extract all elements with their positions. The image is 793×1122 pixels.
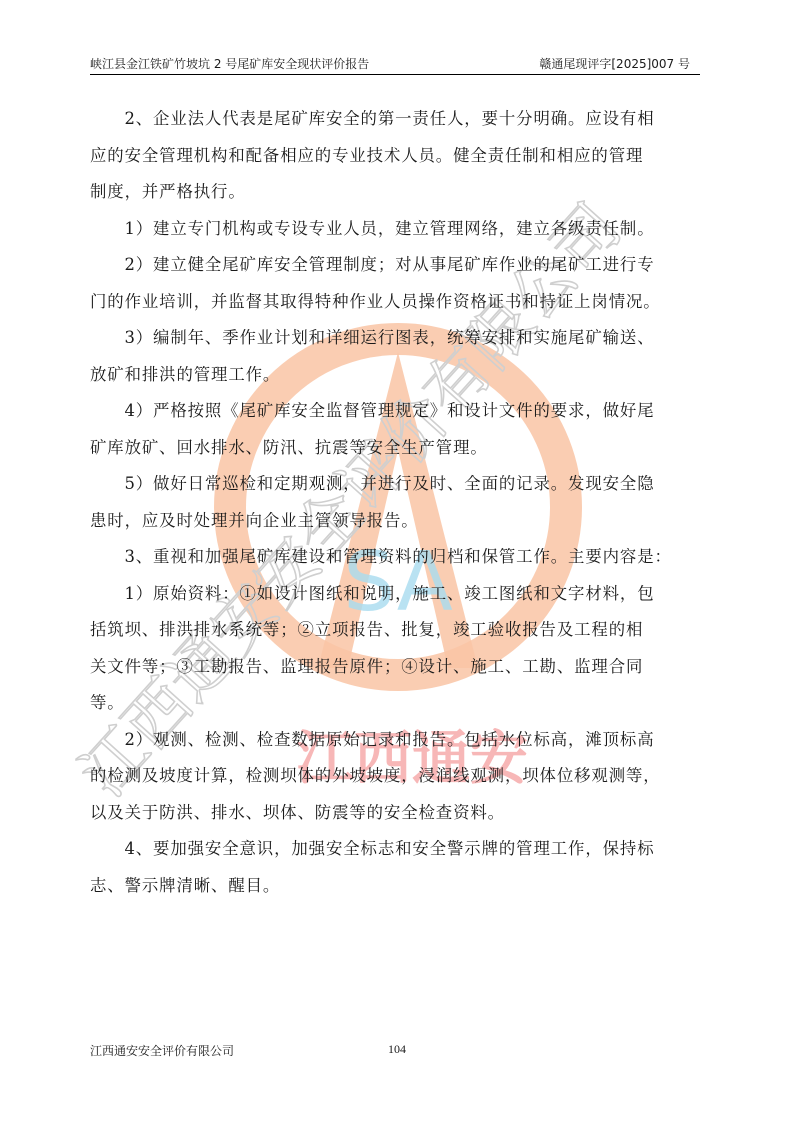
text-line: 以及关于防洪、排水、坝体、防震等的安全检查资料。 <box>90 795 700 832</box>
text-line: 1）原始资料：①如设计图纸和说明，施工、竣工图纸和文字材料，包 <box>90 576 700 613</box>
text-line: 患时，应及时处理并向企业主管领导报告。 <box>90 503 700 540</box>
paragraph-item-2: 2）建立健全尾矿库安全管理制度；对从事尾矿库作业的尾矿工进行专 门的作业培训，并… <box>90 247 700 320</box>
paragraph-item-1: 1）建立专门机构或专设专业人员，建立管理网络，建立各级责任制。 <box>90 211 700 248</box>
report-title: 峡江县金江铁矿竹坡坑 2 号尾矿库安全现状评价报告 <box>90 56 369 72</box>
paragraph-item-4: 4）严格按照《尾矿库安全监督管理规定》和设计文件的要求，做好尾 矿库放矿、回水排… <box>90 393 700 466</box>
text-line: 矿库放矿、回水排水、防汛、抗震等安全生产管理。 <box>90 430 700 467</box>
paragraph-observation-data: 2）观测、检测、检查数据原始记录和报告。包括水位标高，滩顶标高 的检测及坡度计算… <box>90 722 700 832</box>
footer-company: 江西通安安全评价有限公司 <box>90 1042 234 1059</box>
text-line: 1）建立专门机构或专设专业人员，建立管理网络，建立各级责任制。 <box>90 211 700 248</box>
page-header: 峡江县金江铁矿竹坡坑 2 号尾矿库安全现状评价报告 赣通尾现评字[2025]00… <box>90 56 700 75</box>
text-line: 4、要加强安全意识，加强安全标志和安全警示牌的管理工作，保持标 <box>90 831 700 868</box>
text-line: 放矿和排洪的管理工作。 <box>90 357 700 394</box>
paragraph-records: 3、重视和加强尾矿库建设和管理资料的归档和保管工作。主要内容是： <box>90 539 700 576</box>
text-line: 括筑坝、排洪排水系统等；②立项报告、批复，竣工验收报告及工程的相 <box>90 612 700 649</box>
text-line: 3、重视和加强尾矿库建设和管理资料的归档和保管工作。主要内容是： <box>90 539 700 576</box>
text-line: 2）观测、检测、检查数据原始记录和报告。包括水位标高，滩顶标高 <box>90 722 700 759</box>
paragraph-safety-signs: 4、要加强安全意识，加强安全标志和安全警示牌的管理工作，保持标 志、警示牌清晰、… <box>90 831 700 904</box>
paragraph-item-5: 5）做好日常巡检和定期观测，并进行及时、全面的记录。发现安全隐 患时，应及时处理… <box>90 466 700 539</box>
text-line: 等。 <box>90 685 700 722</box>
text-line: 3）编制年、季作业计划和详细运行图表，统筹安排和实施尾矿输送、 <box>90 320 700 357</box>
text-line: 4）严格按照《尾矿库安全监督管理规定》和设计文件的要求，做好尾 <box>90 393 700 430</box>
text-line: 志、警示牌清晰、醒目。 <box>90 868 700 905</box>
text-line: 应的安全管理机构和配备相应的专业技术人员。健全责任制和相应的管理 <box>90 138 700 175</box>
text-line: 的检测及坡度计算，检测坝体的外坡坡度，浸润线观测，坝体位移观测等， <box>90 758 700 795</box>
page-number: 104 <box>388 1042 406 1057</box>
text-line: 2、企业法人代表是尾矿库安全的第一责任人，要十分明确。应设有相 <box>90 101 700 138</box>
document-number: 赣通尾现评字[2025]007 号 <box>539 56 690 72</box>
text-line: 门的作业培训，并监督其取得特种作业人员操作资格证书和持证上岗情况。 <box>90 284 700 321</box>
text-line: 制度，并严格执行。 <box>90 174 700 211</box>
text-line: 关文件等；③工勘报告、监理报告原件；④设计、施工、工勘、监理合同 <box>90 649 700 686</box>
paragraph-item-3: 3）编制年、季作业计划和详细运行图表，统筹安排和实施尾矿输送、 放矿和排洪的管理… <box>90 320 700 393</box>
text-line: 5）做好日常巡检和定期观测，并进行及时、全面的记录。发现安全隐 <box>90 466 700 503</box>
document-body: 2、企业法人代表是尾矿库安全的第一责任人，要十分明确。应设有相 应的安全管理机构… <box>90 101 700 904</box>
paragraph-responsibility: 2、企业法人代表是尾矿库安全的第一责任人，要十分明确。应设有相 应的安全管理机构… <box>90 101 700 211</box>
text-line: 2）建立健全尾矿库安全管理制度；对从事尾矿库作业的尾矿工进行专 <box>90 247 700 284</box>
paragraph-original-materials: 1）原始资料：①如设计图纸和说明，施工、竣工图纸和文字材料，包 括筑坝、排洪排水… <box>90 576 700 722</box>
